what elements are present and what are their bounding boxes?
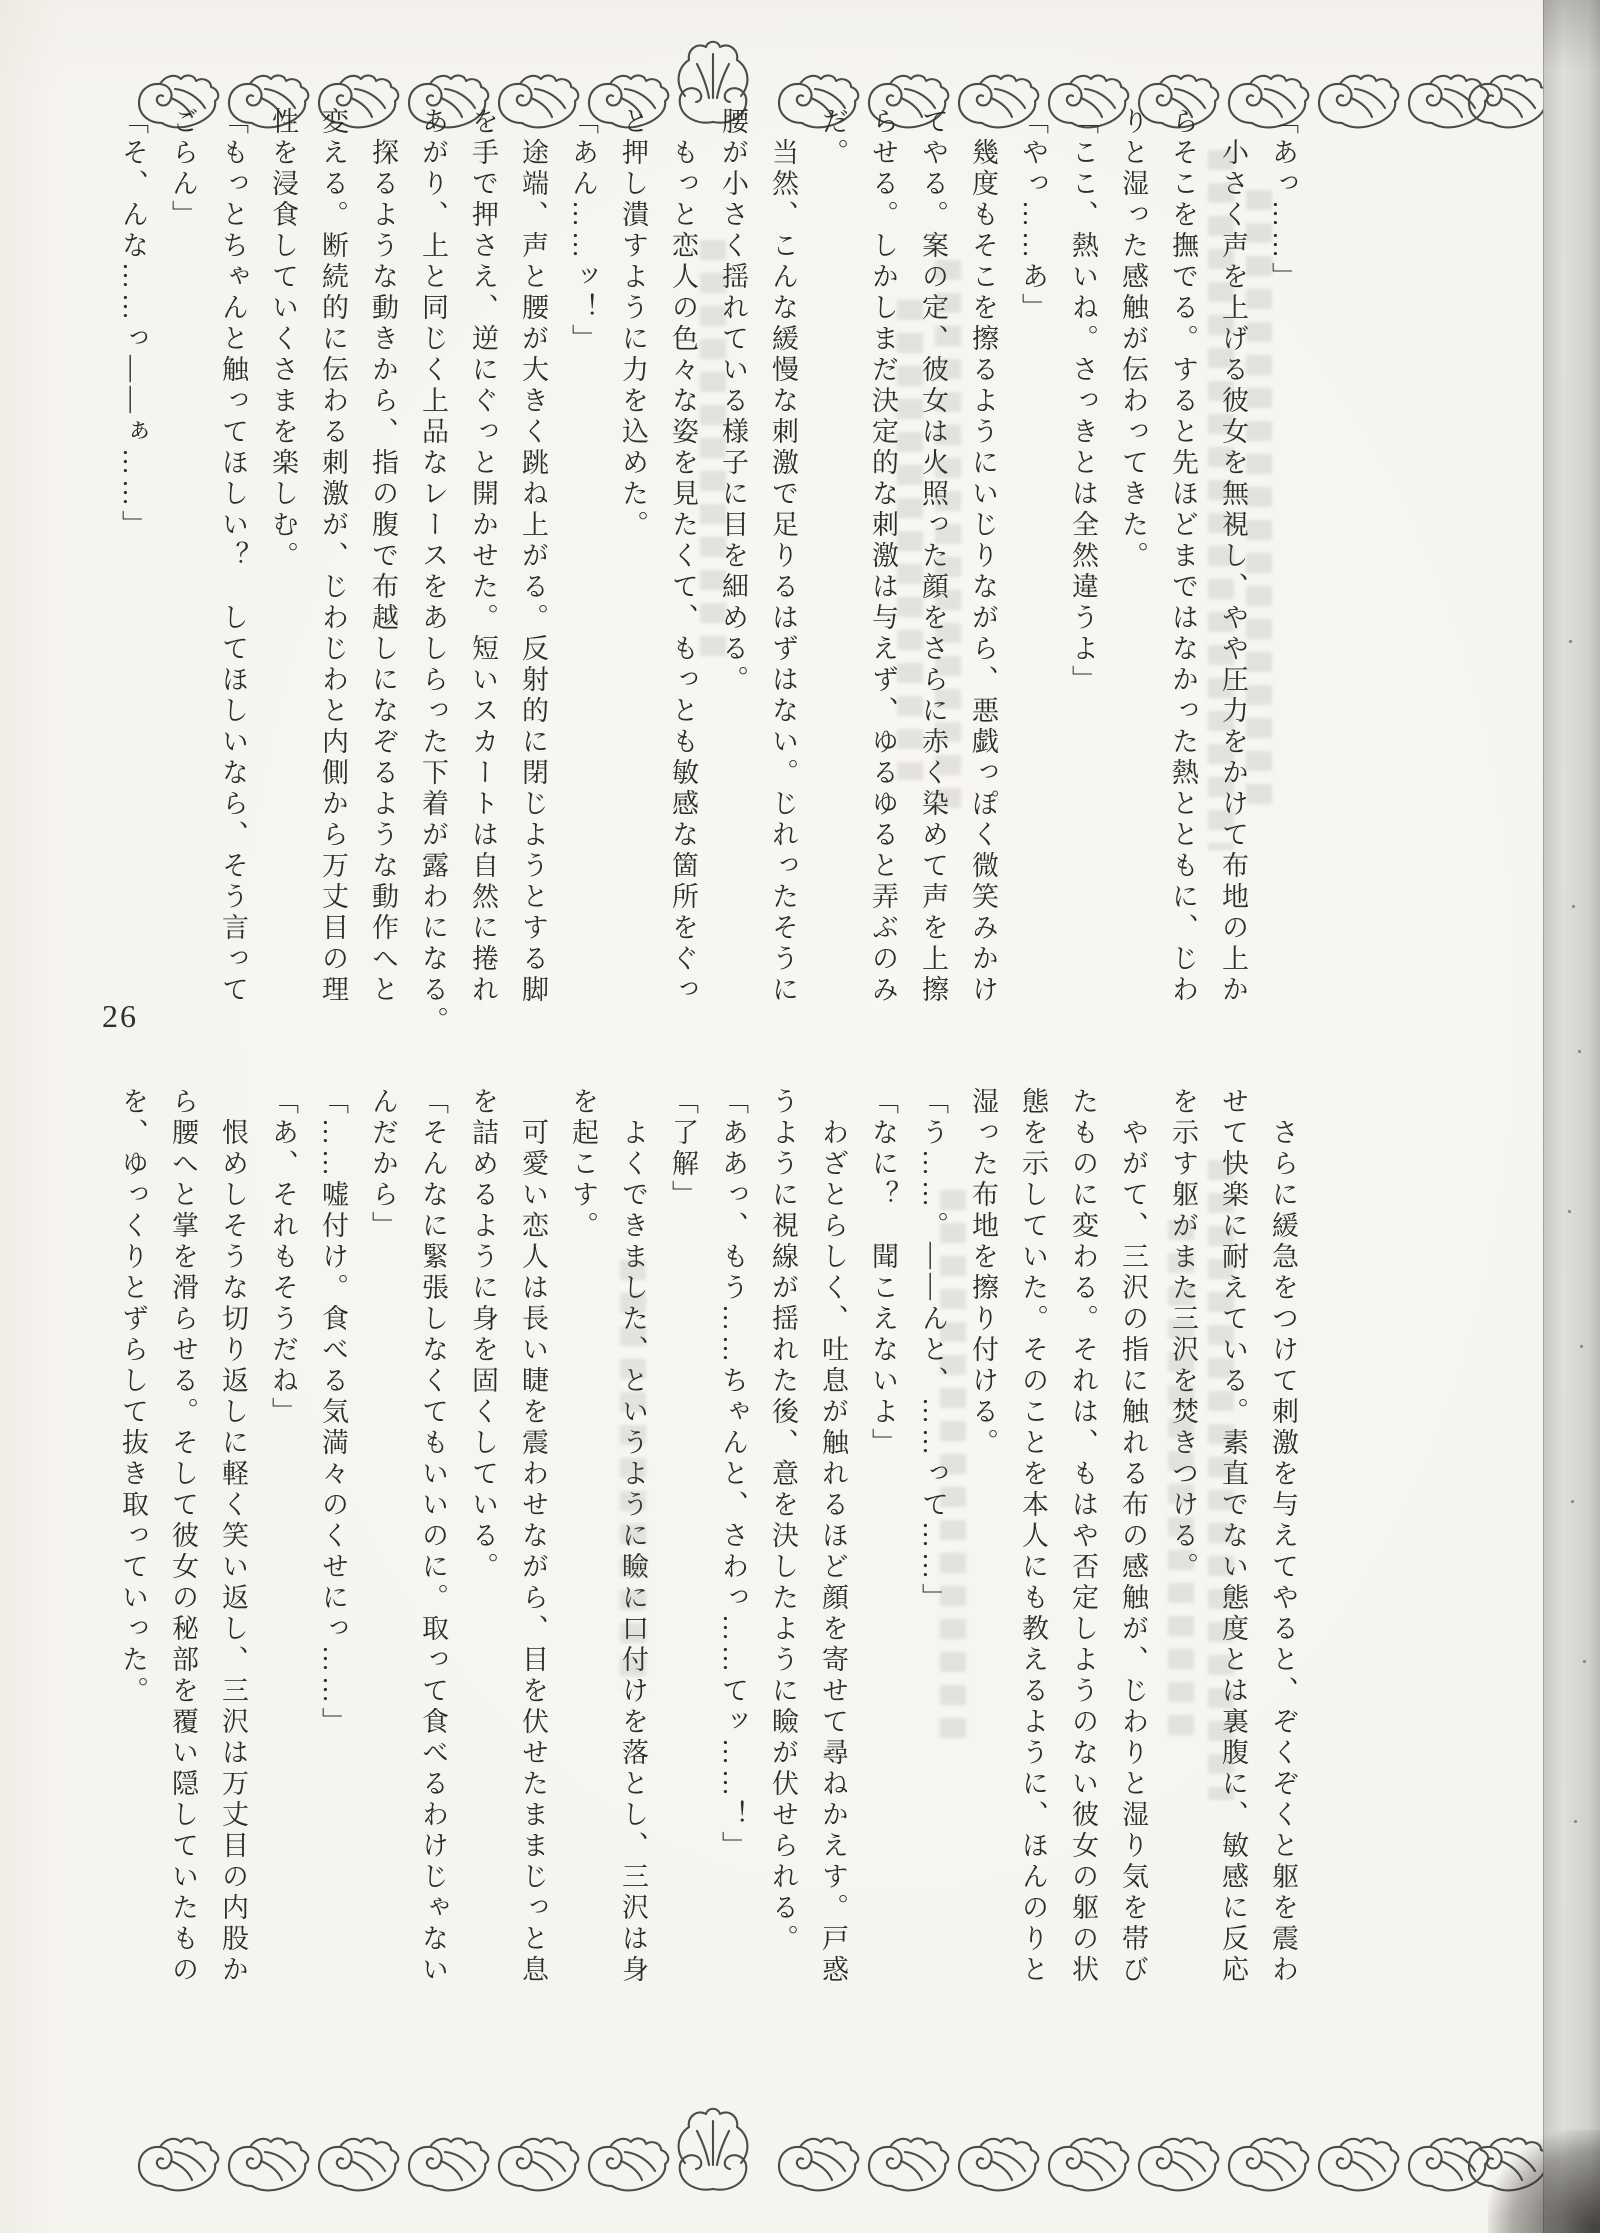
text-line: 性を浸食していくさまを楽しむ。 <box>258 107 308 1052</box>
scan-speck <box>1568 1210 1571 1213</box>
book-page-edge <box>1543 0 1600 2233</box>
text-line: たものに変わる。それは、もはや否定しようのない彼女の躯の状 <box>1058 1087 1108 2032</box>
text-line: 探るような動きから、指の腹で布越しになぞるような動作へと <box>358 107 408 1052</box>
text-block-bottom: さらに緩急をつけて刺激を与えてやると、ぞくぞくと躯を震わせて快楽に耐えている。素… <box>108 1087 1308 2032</box>
text-line: 途端、声と腰が大きく跳ね上がる。反射的に閉じようとする脚 <box>508 107 558 1052</box>
text-line: 小さく声を上げる彼女を無視し、やや圧力をかけて布地の上か <box>1208 107 1258 1052</box>
text-line: 「やっ……あ」 <box>1008 107 1058 1052</box>
text-line: もっと恋人の色々な姿を見たくて、もっとも敏感な箇所をぐっ <box>658 107 708 1052</box>
text-line: を、ゆっくりとずらして抜き取っていった。 <box>108 1087 158 2032</box>
scan-speck <box>1571 1500 1574 1503</box>
text-line: 態を示していた。そのことを本人にも教えるように、ほんのりと <box>1008 1087 1058 2032</box>
text-line: 「あっ……」 <box>1258 107 1308 1052</box>
text-line: てやる。案の定、彼女は火照った顔をさらに赤く染めて声を上擦 <box>908 107 958 1052</box>
text-line: 「あ、それもそうだね」 <box>258 1087 308 2032</box>
text-line: わざとらしく、吐息が触れるほど顔を寄せて尋ねかえす。戸惑 <box>808 1087 858 2032</box>
text-line: 「了解」 <box>658 1087 708 2032</box>
bottom-border-ornament <box>0 2095 1600 2210</box>
scan-speck <box>1574 1820 1577 1823</box>
text-line: ら腰へと掌を滑らせる。そして彼女の秘部を覆い隠していたもの <box>158 1087 208 2032</box>
text-line: 「そんなに緊張しなくてもいいのに。取って食べるわけじゃない <box>408 1087 458 2032</box>
scan-speck <box>1572 905 1575 908</box>
text-line: だ。 <box>808 107 858 1052</box>
text-line: ごらん」 <box>158 107 208 1052</box>
text-line: 腰が小さく揺れている様子に目を細める。 <box>708 107 758 1052</box>
text-line: 湿った布地を擦り付ける。 <box>958 1087 1008 2032</box>
text-line: りと湿った感触が伝わってきた。 <box>1108 107 1158 1052</box>
text-line: 「あん……ッ！」 <box>558 107 608 1052</box>
text-line: 「もっとちゃんと触ってほしい？ してほしいなら、そう言って <box>208 107 258 1052</box>
text-line: 「う……。――んと、……って……」 <box>908 1087 958 2032</box>
scan-speck <box>1569 640 1572 643</box>
text-line: あがり、上と同じく上品なレースをあしらった下着が露わになる。 <box>408 107 458 1052</box>
text-block-top: 「あっ……」 小さく声を上げる彼女を無視し、やや圧力をかけて布地の上からそこを撫… <box>108 107 1308 1052</box>
text-line: 「なに？ 聞こえないよ」 <box>858 1087 908 2032</box>
text-line: を詰めるように身を固くしている。 <box>458 1087 508 2032</box>
text-line: を示す躯がまた三沢を焚きつける。 <box>1158 1087 1208 2032</box>
text-line: を手で押さえ、逆にぐっと開かせた。短いスカートは自然に捲れ <box>458 107 508 1052</box>
text-line: さらに緩急をつけて刺激を与えてやると、ぞくぞくと躯を震わ <box>1258 1087 1308 2032</box>
text-line: よくできました、というように瞼に口付けを落とし、三沢は身 <box>608 1087 658 2032</box>
text-line: 「ああっ、もう……ちゃんと、さわっ……てッ……！」 <box>708 1087 758 2032</box>
text-line: 恨めしそうな切り返しに軽く笑い返し、三沢は万丈目の内股か <box>208 1087 258 2032</box>
text-line: 当然、こんな緩慢な刺激で足りるはずはない。じれったそうに <box>758 107 808 1052</box>
scan-speck <box>1580 1345 1583 1348</box>
text-line: 可愛い恋人は長い睫を震わせながら、目を伏せたままじっと息 <box>508 1087 558 2032</box>
text-line: と押し潰すように力を込めた。 <box>608 107 658 1052</box>
text-line: んだから」 <box>358 1087 408 2032</box>
text-line: 「ここ、熱いね。さっきとは全然違うよ」 <box>1058 107 1108 1052</box>
text-line: 「そ、んな……っ――ぁ……」 <box>108 107 158 1052</box>
text-line: 変える。断続的に伝わる刺激が、じわじわと内側から万丈目の理 <box>308 107 358 1052</box>
scanned-novel-page: { "page": { "number": "26", "language": … <box>0 0 1600 2233</box>
text-line: うように視線が揺れた後、意を決したように瞼が伏せられる。 <box>758 1087 808 2032</box>
text-line: らせる。しかしまだ決定的な刺激は与えず、ゆるゆると弄ぶのみ <box>858 107 908 1052</box>
scan-speck <box>1578 1050 1581 1053</box>
text-line: 幾度もそこを擦るようにいじりながら、悪戯っぽく微笑みかけ <box>958 107 1008 1052</box>
page-number: 26 <box>102 998 138 1035</box>
scan-speck <box>1583 1660 1586 1663</box>
text-line: らそこを撫でる。すると先ほどまではなかった熱とともに、じわ <box>1158 107 1208 1052</box>
text-line: やがて、三沢の指に触れる布の感触が、じわりと湿り気を帯び <box>1108 1087 1158 2032</box>
text-line: 「……嘘付け。食べる気満々のくせにっ……」 <box>308 1087 358 2032</box>
text-line: せて快楽に耐えている。素直でない態度とは裏腹に、敏感に反応 <box>1208 1087 1258 2032</box>
text-line: を起こす。 <box>558 1087 608 2032</box>
